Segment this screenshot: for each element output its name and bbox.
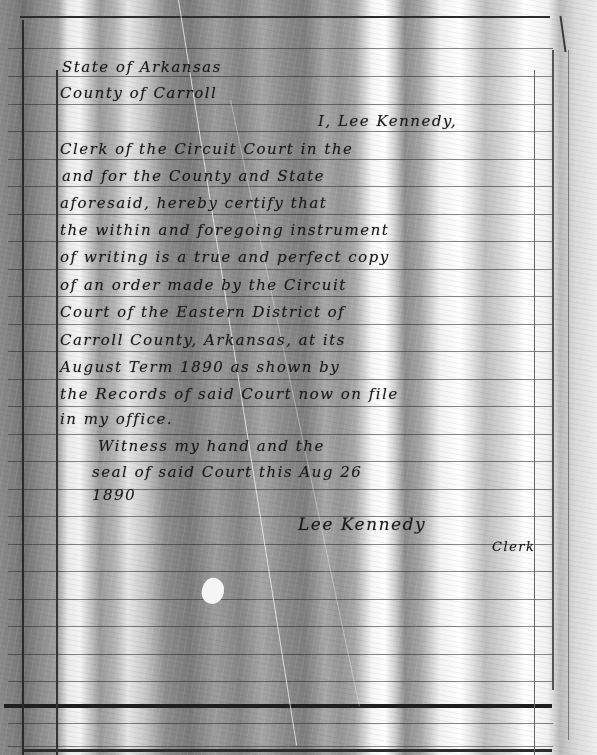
ruled-line [8, 654, 553, 655]
ruled-line [8, 406, 553, 407]
bottom-double-line [24, 749, 552, 752]
body-line: aforesaid, hereby certify that [60, 194, 327, 212]
ruled-line [8, 104, 553, 105]
heading-state: State of Arkansas [62, 58, 222, 76]
body-line: the Records of said Court now on file [60, 385, 399, 403]
heading-county: County of Carroll [60, 84, 217, 102]
page-edge-right [568, 50, 569, 740]
ruled-line [8, 76, 553, 77]
ruled-line [8, 214, 553, 215]
year-line: 1890 [92, 486, 136, 504]
ruled-line [8, 516, 553, 517]
ruled-line [8, 599, 553, 600]
body-line: in my office. [60, 410, 173, 428]
clerk-intro: I, Lee Kennedy, [318, 112, 457, 130]
ruled-line [8, 544, 553, 545]
ruled-line [8, 131, 553, 132]
body-line: Court of the Eastern District of [60, 303, 345, 321]
page-border-top [20, 16, 550, 18]
ruled-line [8, 461, 553, 462]
ruled-line [8, 434, 553, 435]
page-border-right [552, 50, 554, 690]
ruled-line [8, 626, 553, 627]
body-line: Carroll County, Arkansas, at its [60, 331, 346, 349]
body-line: and for the County and State [62, 167, 325, 185]
left-margin-rule-outer [22, 20, 24, 755]
ruled-line [8, 269, 553, 270]
ruled-line [8, 746, 553, 747]
left-margin-rule-inner [56, 70, 58, 755]
body-line: August Term 1890 as shown by [60, 358, 340, 376]
witness-line: Witness my hand and the [98, 437, 325, 455]
ruled-line [8, 351, 553, 352]
ruled-line [8, 379, 553, 380]
ruled-line [8, 296, 553, 297]
ruled-line [8, 571, 553, 572]
ruled-line [8, 681, 553, 682]
ruled-line [8, 159, 553, 160]
ruled-line [8, 186, 553, 187]
seal-date-line: seal of said Court this Aug 26 [92, 463, 362, 481]
ruled-line [8, 241, 553, 242]
ruled-line [8, 324, 553, 325]
ruled-line [8, 489, 553, 490]
body-line: the within and foregoing instrument [60, 221, 389, 239]
body-line: Clerk of the Circuit Court in the [60, 140, 353, 158]
ruled-line [8, 723, 553, 724]
ruled-line [8, 48, 553, 49]
body-line: of writing is a true and perfect copy [60, 248, 390, 266]
signature-title: Clerk [492, 540, 535, 555]
heavy-ruled-line [4, 704, 552, 708]
body-line: of an order made by the Circuit [60, 276, 347, 294]
signature: Lee Kennedy [298, 515, 426, 535]
scanned-page-background [0, 0, 597, 755]
right-margin-rule [534, 70, 535, 755]
